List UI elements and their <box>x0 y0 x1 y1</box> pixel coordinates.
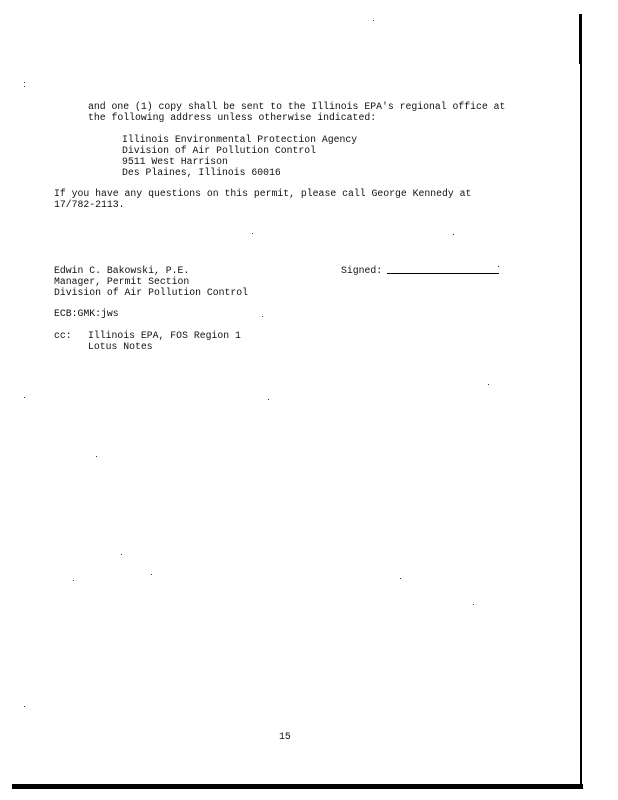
scan-speck <box>121 554 122 555</box>
scan-speck <box>262 316 263 317</box>
address-line-street: 9511 West Harrison <box>122 156 228 167</box>
scan-speck <box>488 384 489 385</box>
cc-label: cc: <box>54 330 72 341</box>
scan-speck <box>373 20 374 21</box>
signed-label: Signed: <box>341 265 382 276</box>
scan-speck <box>96 456 97 457</box>
scan-speck <box>24 86 25 87</box>
scan-speck <box>473 604 474 605</box>
paragraph-1-line-1: and one (1) copy shall be sent to the Il… <box>88 101 505 112</box>
address-line-division: Division of Air Pollution Control <box>122 145 316 156</box>
signatory-title: Manager, Permit Section <box>54 276 189 287</box>
page-number: 15 <box>279 731 291 742</box>
scan-edge-right <box>580 14 582 784</box>
signatory-division: Division of Air Pollution Control <box>54 287 248 298</box>
reference-initials: ECB:GMK:jws <box>54 308 119 319</box>
address-line-agency: Illinois Environmental Protection Agency <box>122 134 357 145</box>
signature-line <box>387 273 499 274</box>
scan-speck <box>151 574 152 575</box>
paragraph-2-line-1: If you have any questions on this permit… <box>54 188 471 199</box>
scan-speck <box>73 580 74 581</box>
scan-speck <box>24 82 25 83</box>
scan-speck <box>400 578 401 579</box>
paragraph-1-line-2: the following address unless otherwise i… <box>88 112 376 123</box>
paragraph-2-line-2: 17/782-2113. <box>54 199 125 210</box>
scan-speck <box>453 234 454 235</box>
scan-speck <box>498 266 499 267</box>
cc-recipient: Illinois EPA, FOS Region 1 <box>88 330 241 341</box>
scan-speck <box>24 706 25 707</box>
address-line-city: Des Plaines, Illinois 60016 <box>122 167 281 178</box>
scan-speck <box>268 399 269 400</box>
signatory-name: Edwin C. Bakowski, P.E. <box>54 265 189 276</box>
scan-edge-bottom <box>12 784 583 789</box>
scan-speck <box>252 233 253 234</box>
cc-recipient: Lotus Notes <box>88 341 153 352</box>
scan-speck <box>24 397 25 398</box>
